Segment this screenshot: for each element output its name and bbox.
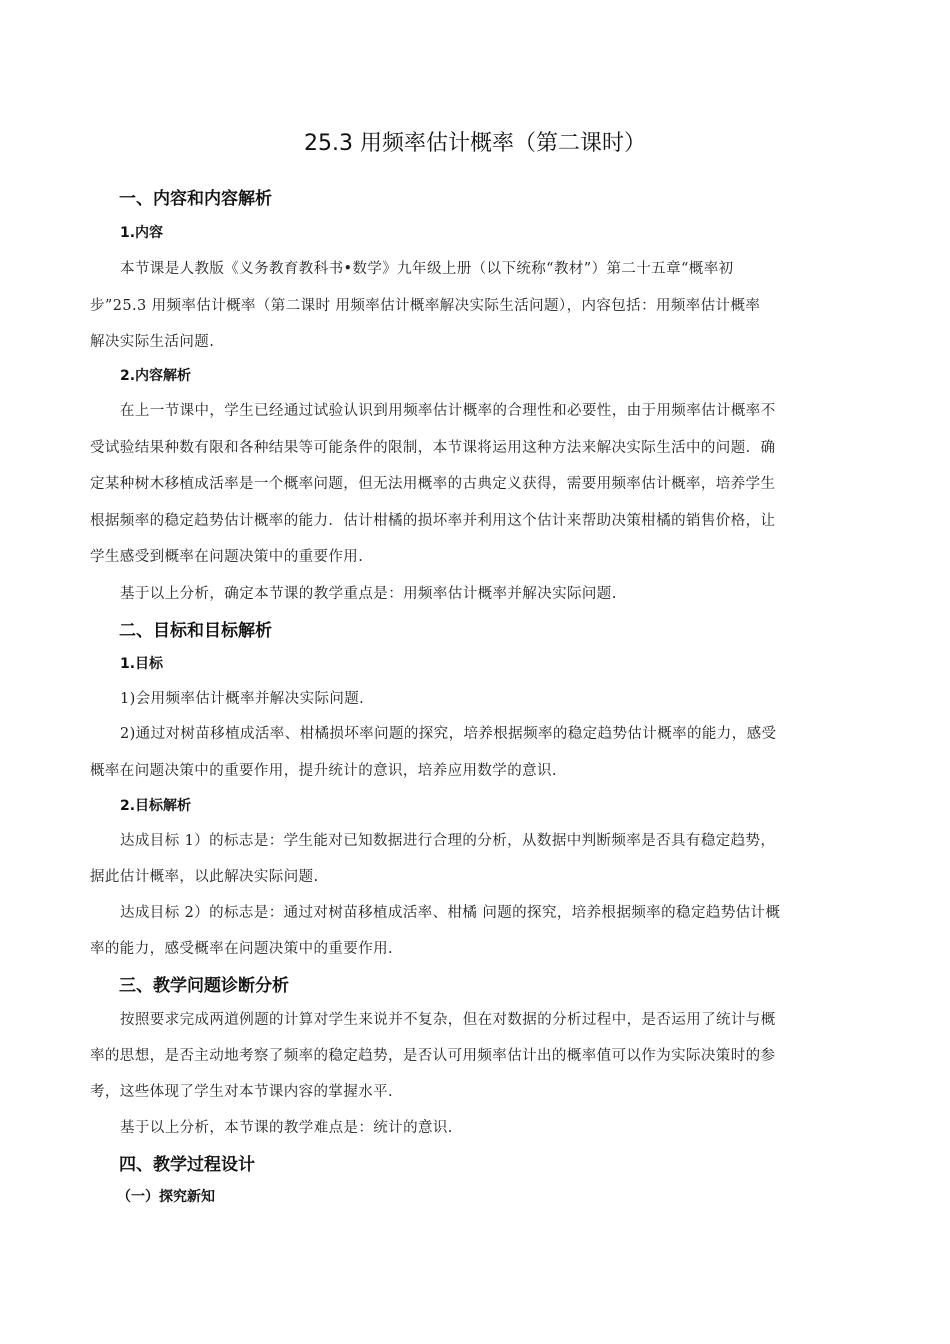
subsection-heading-goals: 1.目标	[120, 653, 163, 673]
subsection-heading-content: 1.内容	[120, 222, 163, 242]
paragraph-line: 根据频率的稳定趋势估计概率的能力．估计柑橘的损坏率并利用这个估计来帮助决策柑橘的…	[90, 509, 775, 530]
paragraph-line: 率的能力，感受概率在问题决策中的重要作用.	[90, 937, 393, 958]
section-heading-content-analysis: 一、内容和内容解析	[119, 184, 272, 209]
paragraph-line: 在上一节课中，学生已经通过试验认识到用频率估计概率的合理性和必要性，由于用频率估…	[120, 399, 776, 420]
paragraph-line: 步”25.3 用频率估计概率（第二课时 用频率估计概率解决实际生活问题），内容包…	[90, 294, 760, 315]
paragraph-line: 受试验结果种数有限和各种结果等可能条件的限制，本节课将运用这种方法来解决实际生活…	[90, 436, 775, 457]
paragraph-line: 1)会用频率估计概率并解决实际问题.	[120, 687, 364, 708]
subsection-heading-explore: （一）探究新知	[117, 1186, 215, 1206]
paragraph-line: 考，这些体现了学生对本节课内容的掌握水平.	[90, 1080, 393, 1101]
document-page: 25.3 用频率估计概率（第二课时） 一、内容和内容解析 1.内容 本节课是人教…	[0, 0, 950, 1344]
paragraph-line: 2)通过对树苗移植成活率、柑橘损坏率问题的探究，培养根据频率的稳定趋势估计概率的…	[120, 722, 776, 743]
section-heading-process-design: 四、教学过程设计	[119, 1150, 255, 1175]
paragraph-line: 按照要求完成两道例题的计算对学生来说并不复杂，但在对数据的分析过程中，是否运用了…	[120, 1008, 776, 1029]
paragraph-line: 率的思想，是否主动地考察了频率的稳定趋势，是否认可用频率估计出的概率值可以作为实…	[90, 1044, 775, 1065]
paragraph-line: 据此估计概率，以此解决实际问题.	[90, 865, 319, 886]
paragraph-line: 定某种树木移植成活率是一个概率问题，但无法用概率的古典定义获得，需要用频率估计概…	[90, 472, 775, 493]
subsection-heading-content-analysis: 2.内容解析	[120, 365, 191, 385]
section-heading-goals: 二、目标和目标解析	[119, 616, 272, 641]
paragraph-line: 解决实际生活问题.	[90, 330, 214, 351]
paragraph-line: 达成目标 1）的标志是：学生能对已知数据进行合理的分析，从数据中判断频率是否具有…	[120, 829, 775, 850]
document-title: 25.3 用频率估计概率（第二课时）	[0, 126, 950, 157]
paragraph-line: 概率在问题决策中的重要作用，提升统计的意识，培养应用数学的意识.	[90, 759, 557, 780]
paragraph-line: 基于以上分析，本节课的教学难点是：统计的意识.	[120, 1116, 453, 1137]
paragraph-line: 学生感受到概率在问题决策中的重要作用.	[90, 545, 363, 566]
paragraph-line: 达成目标 2）的标志是：通过对树苗移植成活率、柑橘 问题的探究，培养根据频率的稳…	[120, 901, 780, 922]
subsection-heading-goal-analysis: 2.目标解析	[120, 795, 191, 815]
paragraph-line: 本节课是人教版《义务教育教科书•数学》九年级上册（以下统称“教材”）第二十五章“…	[120, 257, 734, 278]
section-heading-diagnosis: 三、教学问题诊断分析	[119, 971, 289, 996]
paragraph-line: 基于以上分析，确定本节课的教学重点是：用频率估计概率并解决实际问题.	[120, 582, 617, 603]
